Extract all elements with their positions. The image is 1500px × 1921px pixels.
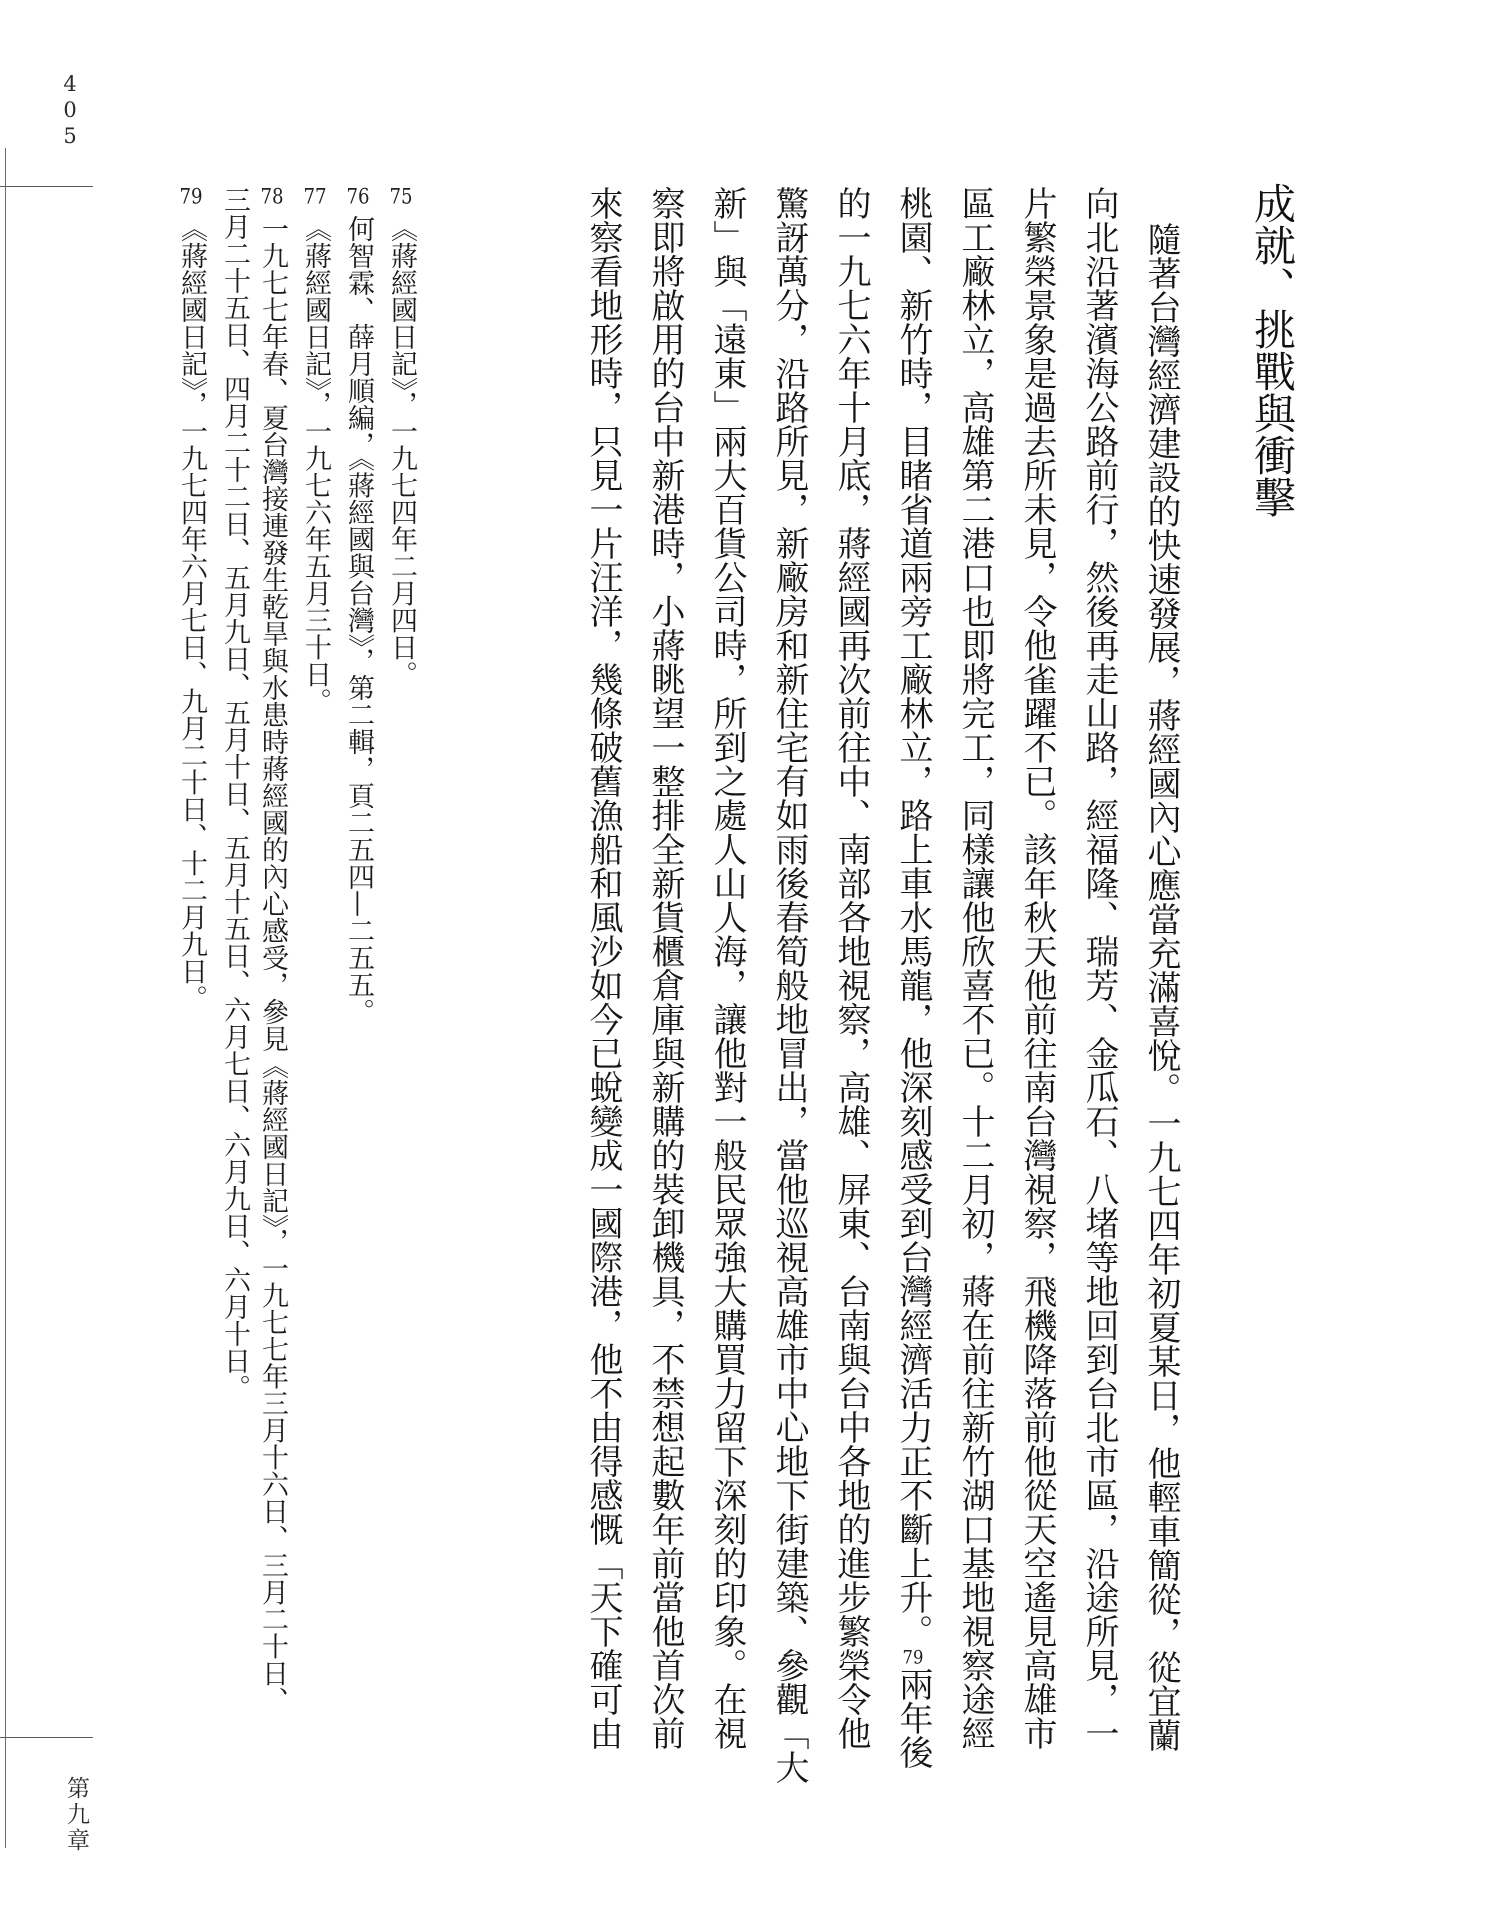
footnote: 79《蔣經國日記》，一九七四年六月七日、九月二十日、十二月九日。 (172, 186, 210, 1786)
body-column: 片繁榮景象是過去所未見，令他雀躍不已。該年秋天他前往南台灣視察，飛機降落前他從天… (1006, 186, 1068, 1806)
footnote-number: 75 (389, 186, 413, 215)
footnote-line: 79《蔣經國日記》，一九七四年六月七日、九月二十日、十二月九日。 (172, 186, 210, 1786)
body-column: 的一九七六年十月底，蔣經國再次前往中、南部各地視察，高雄、屏東、台南與台中各地的… (820, 186, 882, 1806)
margin-rule-bottom (0, 1737, 93, 1738)
body-column: 向北沿著濱海公路前行，然後再走山路，經福隆、瑞芳、金瓜石、八堵等地回到台北市區，… (1068, 186, 1130, 1806)
chapter-title: 成就、挑戰與衝擊 (1242, 182, 1302, 518)
body-column: 來察看地形時，只見一片汪洋，幾條破舊漁船和風沙如今已蛻變成一國際港，他不由得感慨… (572, 186, 634, 1806)
body-column: 隨著台灣經濟建設的快速發展，蔣經國內心應當充滿喜悅。一九七四年初夏某日，他輕車簡… (1130, 186, 1192, 1806)
footnote-line: 75《蔣經國日記》，一九七四年二月四日。 (382, 186, 420, 1786)
footnote-line: 76何智霖、薛月順編，《蔣經國與台灣》，第二輯，頁二五四—二五五。 (339, 186, 377, 1786)
body-text: 隨著台灣經濟建設的快速發展，蔣經國內心應當充滿喜悅。一九七四年初夏某日，他輕車簡… (572, 186, 1192, 1806)
margin-rule-top (0, 186, 93, 187)
page-number: 405 (58, 72, 82, 150)
book-page: 405 第九章 成就、挑戰與衝擊 隨著台灣經濟建設的快速發展，蔣經國內心應當充滿… (0, 0, 1500, 1921)
footnote-reference: 79 (902, 1648, 924, 1667)
footnote: 75《蔣經國日記》，一九七四年二月四日。 (382, 186, 420, 1786)
footnote-number: 79 (179, 186, 203, 215)
footnote-number: 77 (303, 186, 327, 215)
footnote-number: 76 (346, 186, 370, 215)
footnote-line: 77《蔣經國日記》，一九七六年五月三十日。 (296, 186, 334, 1786)
body-column: 桃園、新竹時，目睹省道兩旁工廠林立，路上車水馬龍，他深刻感受到台灣經濟活力正不斷… (882, 186, 944, 1806)
body-column: 察即將啟用的台中新港時，小蔣眺望一整排全新貨櫃倉庫與新購的裝卸機具，不禁想起數年… (634, 186, 696, 1806)
body-column: 驚訝萬分，沿路所見，新廠房和新住宅有如雨後春筍般地冒出，當他巡視高雄市中心地下街… (758, 186, 820, 1806)
footnote-number: 78 (260, 186, 284, 215)
footnote: 78一九七七年春、夏台灣接連發生乾旱與水患時蔣經國的內心感受，參見《蔣經國日記》… (215, 186, 291, 1786)
footnote-line: 78一九七七年春、夏台灣接連發生乾旱與水患時蔣經國的內心感受，參見《蔣經國日記》… (253, 186, 291, 1786)
body-column: 區工廠林立，高雄第二港口也即將完工，同樣讓他欣喜不已。十二月初，蔣在前往新竹湖口… (944, 186, 1006, 1806)
body-column: 新」與「遠東」兩大百貨公司時，所到之處人山人海，讓他對一般民眾強大購買力留下深刻… (696, 186, 758, 1806)
chapter-marker: 第九章 (60, 1776, 93, 1854)
margin-rule-vertical (5, 148, 6, 1848)
footnote: 76何智霖、薛月順編，《蔣經國與台灣》，第二輯，頁二五四—二五五。 (339, 186, 377, 1786)
footnote: 77《蔣經國日記》，一九七六年五月三十日。 (296, 186, 334, 1786)
footnotes: 75《蔣經國日記》，一九七四年二月四日。76何智霖、薛月順編，《蔣經國與台灣》，… (167, 186, 420, 1786)
footnote-line: 三月二十五日、四月二十二日、五月九日、五月十日、五月十五日、六月七日、六月九日、… (215, 186, 253, 1786)
